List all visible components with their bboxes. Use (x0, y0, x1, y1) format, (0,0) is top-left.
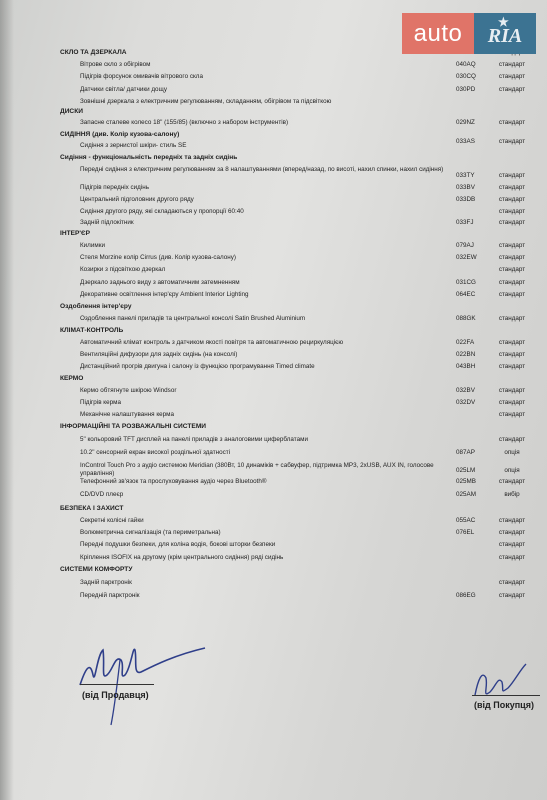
option-status: стандарт (486, 119, 538, 127)
item-description: Задній підлокітник (80, 219, 450, 227)
item-description: Стеля Morzine колір Cirrus (див. Колір к… (80, 254, 450, 262)
option-status: стандарт (486, 184, 538, 192)
item-description: Дзеркало заднього виду з автоматичним за… (80, 279, 450, 287)
option-status: стандарт (486, 478, 538, 486)
seller-label: (від Продавця) (82, 690, 149, 700)
item-description: Центральний підголовник другого ряду (80, 196, 450, 204)
autoria-watermark-logo: auto ★ RIA (402, 13, 536, 54)
option-status: стандарт (486, 196, 538, 204)
item-description: 10.2" сенсорний екран високої роздільної… (80, 449, 450, 457)
paper-shadow (0, 0, 14, 800)
item-description: Телефонний зв'язок та прослуховування ау… (80, 478, 450, 486)
option-status: опція (486, 449, 538, 457)
section-title: ДИСКИ (60, 108, 430, 116)
item-description: Задній парктронік (80, 579, 450, 587)
option-status: стандарт (486, 254, 538, 262)
section-title: СКЛО ТА ДЗЕРКАЛА (60, 49, 430, 57)
item-description: Килимки (80, 242, 450, 250)
item-description: Сидіння другого ряду, які складаються у … (80, 208, 450, 216)
item-description: Передній парктронік (80, 592, 450, 600)
option-status: стандарт (486, 517, 538, 525)
option-status: стандарт (486, 138, 538, 146)
item-description: Кріплення ISOFIX на другому (крім центра… (80, 554, 450, 562)
option-status: стандарт (486, 339, 538, 347)
option-status: стандарт (486, 399, 538, 407)
item-description: Волюметрична сигналізація (та периметрал… (80, 529, 450, 537)
item-description: CD/DVD плеєр (80, 491, 450, 499)
option-status: опція (486, 467, 538, 475)
item-description: Автоматичний клімат контроль з датчиком … (80, 339, 450, 347)
option-status: стандарт (486, 73, 538, 81)
item-description: Підігрів передніх сидінь (80, 184, 450, 192)
option-status: стандарт (486, 279, 538, 287)
option-status: стандарт (486, 554, 538, 562)
item-description: Передні подушки безпеки, для коліна воді… (80, 541, 450, 549)
item-description: InControl Touch Pro з аудіо системою Mer… (80, 462, 450, 478)
buyer-signature-line (472, 695, 540, 696)
option-status: стандарт (486, 592, 538, 600)
seller-signature-line (80, 684, 154, 685)
buyer-label: (від Покупця) (474, 700, 534, 710)
logo-auto-text: auto (402, 13, 474, 54)
section-title: КЕРМО (60, 375, 430, 383)
seller-signature (75, 630, 215, 735)
option-status: стандарт (486, 351, 538, 359)
section-title: КЛІМАТ-КОНТРОЛЬ (60, 327, 430, 335)
item-description: Секретні колісні гайки (80, 517, 450, 525)
item-description: Дистанційний прогрів двигуна і салону із… (80, 363, 450, 371)
item-description: Підігрів керма (80, 399, 450, 407)
item-description: Зовнішні дзеркала з електричним регулюва… (80, 98, 450, 106)
section-title: Сидіння - функціональність передніх та з… (60, 154, 430, 162)
star-icon: ★ (498, 0, 509, 46)
option-status: стандарт (486, 315, 538, 323)
section-title: Оздоблення інтер'єру (60, 303, 430, 311)
option-status: стандарт (486, 208, 538, 216)
option-status: стандарт (486, 541, 538, 549)
item-description: Передні сидіння з електричним регулюванн… (80, 166, 450, 174)
option-status: стандарт (486, 219, 538, 227)
item-description: Декоративне освітлення інтер'єру Ambient… (80, 291, 450, 299)
section-title: ІНТЕР'ЄР (60, 230, 430, 238)
option-status: стандарт (486, 363, 538, 371)
option-status: вибір (486, 491, 538, 499)
option-status: стандарт (486, 61, 538, 69)
item-description: Запасне сталеве колесо 18" (155/85) (вкл… (80, 119, 450, 127)
option-status: стандарт (486, 291, 538, 299)
item-description: Датчики світла/ датчики дощу (80, 86, 450, 94)
item-description: 5" кольоровий TFT дисплей на панелі прил… (80, 436, 450, 444)
option-status: стандарт (486, 242, 538, 250)
item-description: Вітрове скло з обігрівом (80, 61, 450, 69)
option-status: стандарт (486, 86, 538, 94)
item-description: Механічне налаштування керма (80, 411, 450, 419)
option-status: стандарт (486, 266, 538, 274)
section-title: СИДІННЯ (див. Колір кузова-салону) (60, 131, 430, 139)
option-status: стандарт (486, 529, 538, 537)
section-title: БЕЗПЕКА І ЗАХИСТ (60, 505, 430, 513)
option-status: стандарт (486, 411, 538, 419)
logo-ria-text: ★ RIA (474, 13, 536, 54)
item-description: Козирки з підсвіткою дзеркал (80, 266, 450, 274)
section-title: СИСТЕМИ КОМФОРТУ (60, 566, 430, 574)
option-status: стандарт (486, 436, 538, 444)
option-status: стандарт (486, 387, 538, 395)
option-status: стандарт (486, 172, 538, 180)
item-description: Підігрів форсунок омивачів вітрового скл… (80, 73, 450, 81)
item-description: Сидіння з зернистої шкіри- стиль SE (80, 142, 450, 150)
item-description: Оздоблення панелі приладів та центрально… (80, 315, 450, 323)
section-title: ІНФОРМАЦІЙНІ ТА РОЗВАЖАЛЬНІ СИСТЕМИ (60, 423, 430, 431)
item-description: Кермо обтягнуте шкірою Windsor (80, 387, 450, 395)
item-description: Вентиляційні дифузори для задніх сидінь … (80, 351, 450, 359)
option-status: стандарт (486, 579, 538, 587)
